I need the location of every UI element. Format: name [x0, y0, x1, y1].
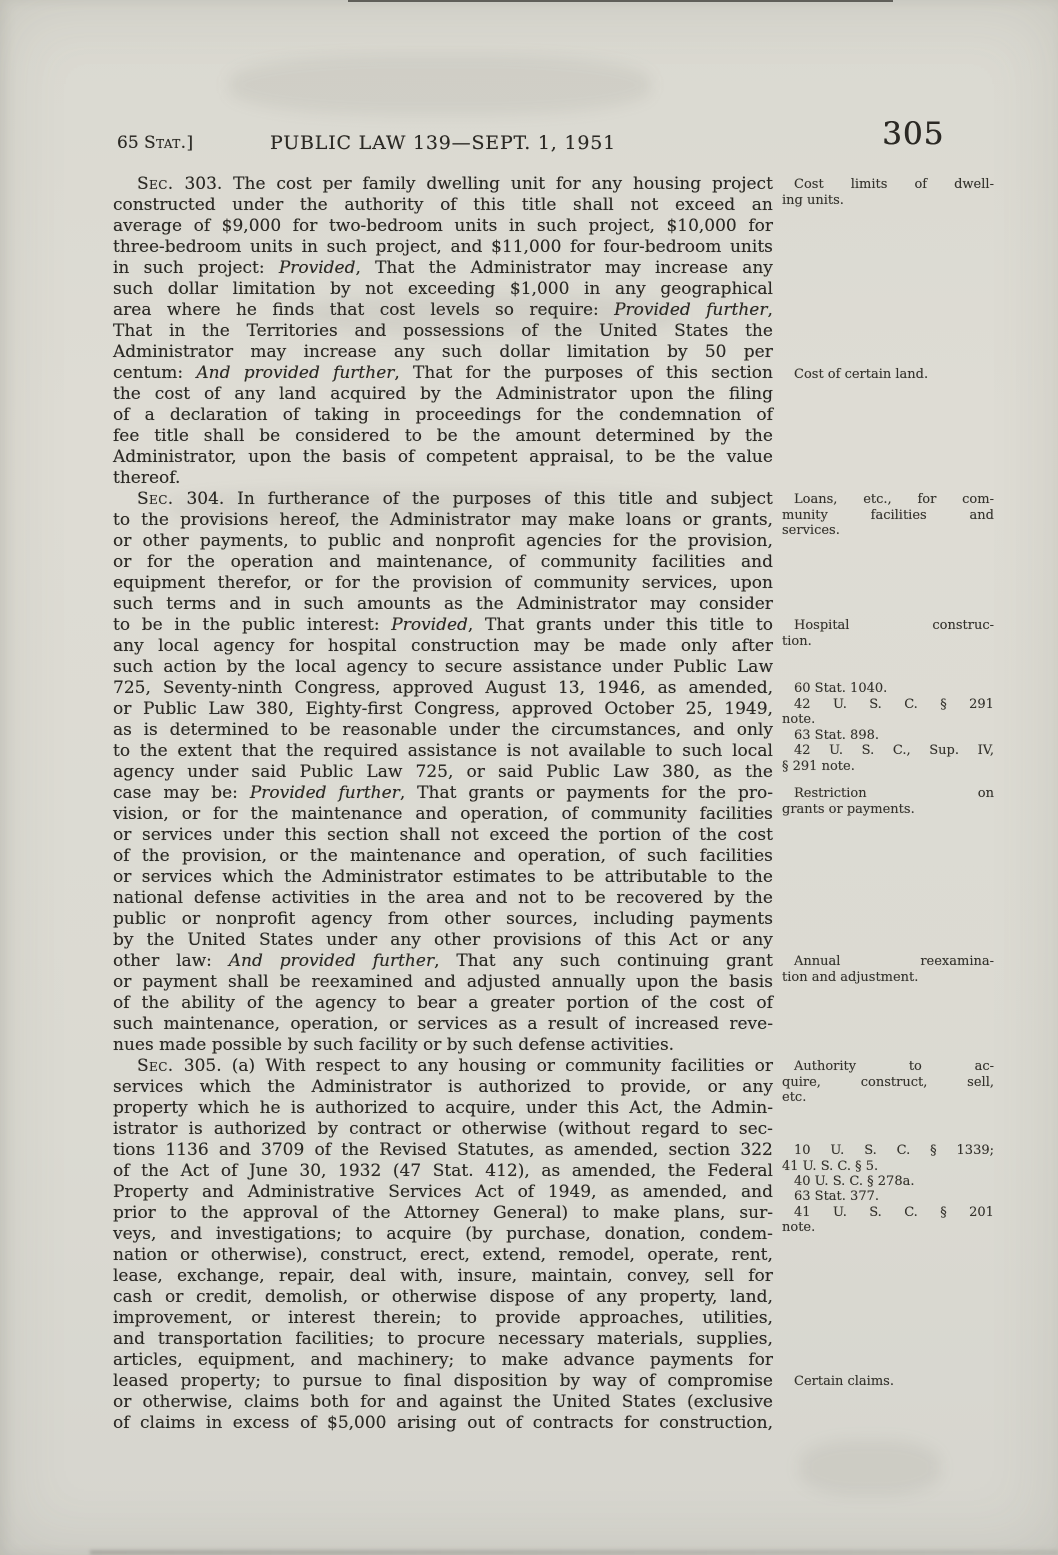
margin-note-line: 41U.S.C.§201: [782, 1205, 994, 1221]
margin-notes: Costlimitsofdwell-ing units.Cost of cert…: [0, 0, 1058, 1555]
margin-note-line: ing units.: [782, 193, 994, 209]
margin-note-line: 60 Stat. 1040.: [782, 681, 994, 697]
margin-note: Costlimitsofdwell-ing units.: [782, 177, 994, 208]
margin-note-line: note.: [782, 712, 994, 728]
margin-note-line: 42U.S.C.,Sup.IV,: [782, 743, 994, 759]
margin-note: Annualreexamina-tion and adjustment.: [782, 954, 994, 985]
page: 65 Stat.] PUBLIC LAW 139—SEPT. 1, 1951 3…: [0, 0, 1058, 1555]
margin-note-line: 63 Stat. 898.: [782, 728, 994, 744]
margin-note-line: 63 Stat. 377.: [782, 1189, 994, 1205]
margin-note-line: quire,construct,sell,: [782, 1075, 994, 1091]
margin-note: Hospitalconstruc-tion.: [782, 618, 994, 649]
margin-note-line: 41 U. S. C. § 5.: [782, 1159, 994, 1175]
margin-note-line: grants or payments.: [782, 802, 994, 818]
margin-note-line: Loans,etc.,forcom-: [782, 492, 994, 508]
margin-note-line: Costlimitsofdwell-: [782, 177, 994, 193]
margin-note: Certain claims.: [782, 1374, 994, 1390]
margin-note-line: munityfacilitiesand: [782, 508, 994, 524]
margin-note-line: § 291 note.: [782, 759, 994, 775]
margin-note-line: services.: [782, 523, 994, 539]
margin-note-line: Certain claims.: [782, 1374, 994, 1390]
margin-note-line: Hospitalconstruc-: [782, 618, 994, 634]
margin-note-line: tion.: [782, 634, 994, 650]
margin-note-line: etc.: [782, 1090, 994, 1106]
margin-note: Cost of certain land.: [782, 367, 994, 383]
margin-note: Restrictionongrants or payments.: [782, 786, 994, 817]
margin-note-line: tion and adjustment.: [782, 970, 994, 986]
margin-note-line: Authoritytoac-: [782, 1059, 994, 1075]
margin-note-line: Cost of certain land.: [782, 367, 994, 383]
margin-note-line: 40 U. S. C. § 278a.: [782, 1174, 994, 1190]
margin-note-line: 42U.S.C.§291: [782, 697, 994, 713]
margin-note: Loans,etc.,forcom-munityfacilitiesandser…: [782, 492, 994, 539]
margin-note-line: note.: [782, 1220, 994, 1236]
margin-note: Authoritytoac-quire,construct,sell,etc.: [782, 1059, 994, 1106]
margin-note-line: Restrictionon: [782, 786, 994, 802]
margin-note-line: Annualreexamina-: [782, 954, 994, 970]
margin-note: 63 Stat. 377.41U.S.C.§201note.: [782, 1189, 994, 1236]
margin-note-line: 10U.S.C.§1339;: [782, 1143, 994, 1159]
margin-note: 10U.S.C.§1339;41 U. S. C. § 5.40 U. S. C…: [782, 1143, 994, 1190]
margin-note: 60 Stat. 1040.42U.S.C.§291note.63 Stat. …: [782, 681, 994, 774]
